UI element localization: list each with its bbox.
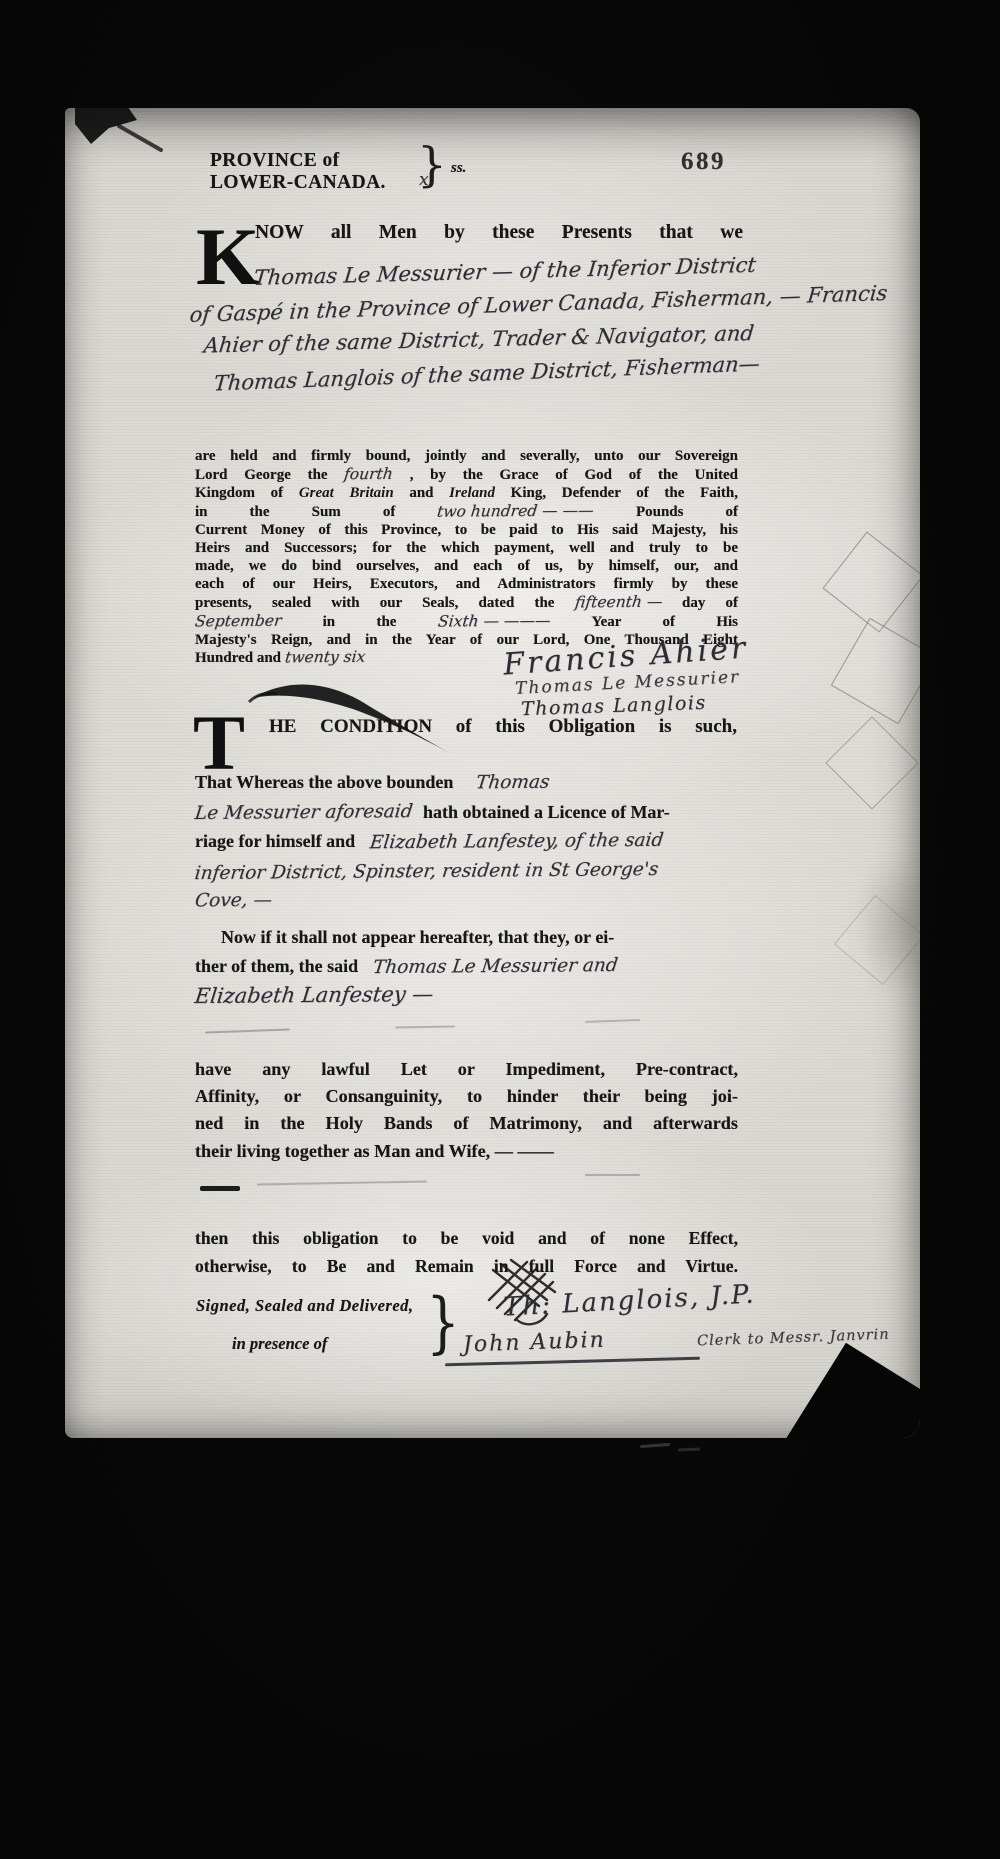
printed-text: their living together as Man and Wife, —…	[195, 1141, 554, 1161]
printed-text: in the Sum of	[195, 504, 437, 520]
printed-text: hath obtained a Licence of Mar-	[423, 802, 670, 822]
text-line: Now if it shall not appear hereafter, th…	[195, 923, 755, 952]
printed-text: That Whereas the above bounden	[195, 772, 453, 792]
microfilm-scan-background: PROVINCE of LOWER-CANADA. } ss. 689 x K …	[0, 0, 1000, 1859]
text-line: Lord George the fourth , by the Grace of…	[195, 466, 738, 485]
now-clause: Now if it shall not appear hereafter, th…	[195, 923, 755, 1011]
handwritten-text: Thomas	[474, 768, 551, 798]
header-province: PROVINCE of LOWER-CANADA.	[210, 150, 386, 194]
handwritten-text: Elizabeth Lanfestey, of the said	[368, 826, 665, 858]
faint-pen-dash	[395, 1025, 455, 1028]
paper-corner-cut	[782, 1343, 920, 1438]
handwritten-text: two hundred — ——	[436, 502, 595, 521]
page-number-stamp: 689	[681, 148, 726, 176]
text-line: Le Messurier aforesaid hath obtained a L…	[195, 798, 755, 828]
void-clause: then this obligation to be void and of n…	[195, 1225, 738, 1280]
printed-text: Great Britain	[299, 485, 410, 501]
film-scratch-mark	[640, 1443, 670, 1448]
handwritten-text: fifteenth —	[574, 593, 663, 612]
printed-text: Year of His	[591, 614, 738, 630]
text-line: September in the Sixth — ——— Year of His	[195, 613, 738, 632]
printed-text: ned in the Holy Bands of Matrimony, and …	[195, 1113, 738, 1133]
signature-witness-clerk: John Aubin	[463, 1328, 607, 1358]
handwritten-text: Elizabeth Lanfestey —	[193, 980, 435, 1011]
whereas-clause: That Whereas the above bounden ThomasLe …	[195, 768, 755, 916]
printed-text: are held and firmly bound, jointly and s…	[195, 448, 738, 464]
printed-text: Now if it shall not appear hereafter, th…	[221, 927, 614, 947]
text-line: their living together as Man and Wife, —…	[195, 1138, 738, 1165]
text-line: made, we do bind ourselves, and each of …	[195, 558, 738, 576]
faint-pen-dash	[205, 1029, 290, 1034]
text-line: Current Money of this Province, to be pa…	[195, 522, 738, 540]
attestation-line1: Signed, Sealed and Delivered,	[196, 1296, 414, 1316]
text-line: each of our Heirs, Executors, and Admini…	[195, 576, 738, 594]
printed-text: riage for himself and	[195, 831, 355, 851]
printed-text: each of our Heirs, Executors, and Admini…	[195, 576, 738, 592]
printed-text: and	[409, 485, 449, 501]
header-ss-mark: ss.	[451, 160, 466, 177]
handwritten-text: Cove, —	[193, 886, 273, 916]
printed-text: King, Defender of the Faith,	[511, 485, 738, 501]
handwritten-text: September	[194, 612, 282, 631]
printed-text: ther of them, the said	[195, 956, 358, 976]
faint-pen-dash	[257, 1181, 427, 1186]
text-line: presents, sealed with our Seals, dated t…	[195, 594, 738, 613]
handwritten-text: Thomas Le Messurier and	[371, 951, 619, 982]
attestation-brace: }	[426, 1284, 460, 1361]
handwritten-text: Le Messurier aforesaid	[193, 797, 414, 828]
bond-clause-paragraph: are held and firmly bound, jointly and s…	[195, 448, 738, 668]
printed-text: Hundred and	[195, 650, 285, 666]
printed-text: , by the Grace of God of the United	[410, 467, 738, 483]
handwritten-parties-block: Thomas Le Messurier — of the Inferior Di…	[190, 254, 790, 390]
printed-text: Lord George the	[195, 467, 344, 483]
handwritten-text: inferior District, Spinster, resident in…	[193, 854, 660, 888]
impediment-clause: have any lawful Let or Impediment, Pre-c…	[195, 1056, 738, 1165]
printed-text: in the	[323, 614, 438, 630]
header-province-line2: LOWER-CANADA.	[210, 172, 386, 194]
text-line: inferior District, Spinster, resident in…	[195, 857, 755, 887]
signature-underline-stroke	[445, 1357, 700, 1367]
handwritten-text: Sixth — ———	[437, 612, 552, 631]
document-page: PROVINCE of LOWER-CANADA. } ss. 689 x K …	[65, 108, 920, 1438]
faint-pen-dash	[585, 1174, 640, 1176]
handwritten-text: fourth	[343, 466, 394, 484]
text-line: That Whereas the above bounden Thomas	[195, 768, 755, 798]
text-line: ned in the Holy Bands of Matrimony, and …	[195, 1110, 738, 1137]
seal-shadow-blotch	[853, 850, 920, 1000]
text-line: are held and firmly bound, jointly and s…	[195, 448, 738, 466]
text-line: Kingdom of Great Britain and Ireland Kin…	[195, 485, 738, 503]
faint-pen-dash	[585, 1019, 640, 1023]
text-line: have any lawful Let or Impediment, Pre-c…	[195, 1056, 738, 1083]
pen-dash-mark	[200, 1186, 240, 1191]
text-line: in the Sum of two hundred — —— Pounds of	[195, 503, 738, 522]
text-line: Heirs and Successors; for the which paym…	[195, 540, 738, 558]
printed-text: Affinity, or Consanguinity, to hinder th…	[195, 1086, 738, 1106]
text-line: Affinity, or Consanguinity, to hinder th…	[195, 1083, 738, 1110]
printed-text: have any lawful Let or Impediment, Pre-c…	[195, 1059, 738, 1079]
text-line: riage for himself and Elizabeth Lanfeste…	[195, 827, 755, 857]
text-line: then this obligation to be void and of n…	[195, 1225, 738, 1253]
drop-cap-t: T	[193, 712, 245, 774]
printed-text: Ireland	[449, 485, 511, 501]
witness-title-text: Clerk to Messr. Janvrin	[697, 1327, 890, 1350]
condition-line: HE CONDITION of this Obligation is such,	[269, 716, 737, 738]
wafer-seal-outline	[822, 531, 920, 632]
printed-text: Current Money of this Province, to be pa…	[195, 522, 738, 538]
opening-line: NOW all Men by these Presents that we	[255, 222, 743, 244]
text-line: Cove, —	[195, 886, 755, 916]
text-line: Elizabeth Lanfestey —	[195, 981, 755, 1011]
printed-text: Kingdom of	[195, 485, 299, 501]
printed-text: then this obligation to be void and of n…	[195, 1228, 738, 1248]
header-province-line1: PROVINCE of	[210, 150, 386, 172]
printed-text: day of	[682, 595, 738, 611]
printed-text: made, we do bind ourselves, and each of …	[195, 558, 738, 574]
wafer-seal-outline	[831, 618, 920, 725]
handwritten-text: twenty six	[284, 649, 366, 668]
wafer-seal-outline	[825, 716, 918, 809]
printed-text: otherwise, to Be and Remain in full Forc…	[195, 1256, 738, 1276]
attestation-line2: in presence of	[232, 1334, 327, 1354]
text-line: otherwise, to Be and Remain in full Forc…	[195, 1253, 738, 1281]
printed-text: Pounds of	[636, 504, 738, 520]
printed-text: presents, sealed with our Seals, dated t…	[195, 595, 575, 611]
film-scratch-mark	[678, 1448, 700, 1452]
printed-text: Heirs and Successors; for the which paym…	[195, 540, 738, 556]
handwritten-check-mark: x	[419, 170, 429, 190]
text-line: ther of them, the said Thomas Le Messuri…	[195, 952, 755, 982]
paper-tear-mark	[75, 108, 185, 160]
